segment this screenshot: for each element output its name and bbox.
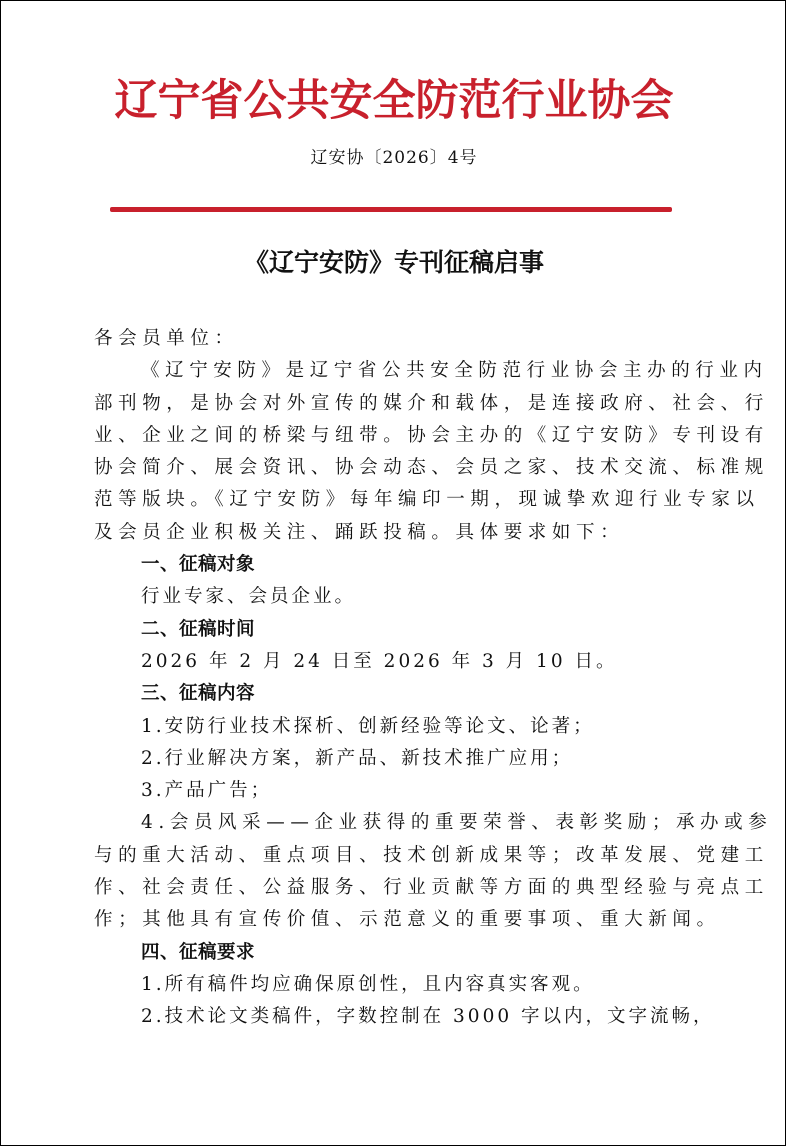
content-item-4-cont: 作、社会责任、公益服务、行业贡献等方面的典型经验与亮点工 (94, 872, 694, 904)
document-body: 各会员单位： 《辽宁安防》是辽宁省公共安全防范行业协会主办的行业内 部刊物，是协… (94, 323, 694, 1034)
intro-line: 部刊物，是协会对外宣传的媒介和载体，是连接政府、社会、行 (94, 388, 694, 420)
section-heading-content: 三、征稿内容 (94, 678, 694, 710)
content-item: 1.安防行业技术探析、创新经验等论文、论著； (94, 711, 694, 743)
salutation: 各会员单位： (94, 323, 694, 355)
requirement-item: 1.所有稿件均应确保原创性，且内容真实客观。 (94, 969, 694, 1001)
content-item: 2.行业解决方案，新产品、新技术推广应用； (94, 743, 694, 775)
intro-line: 及会员企业积极关注、踊跃投稿。具体要求如下： (94, 517, 694, 549)
section-heading-time: 二、征稿时间 (94, 614, 694, 646)
section-heading-target: 一、征稿对象 (94, 549, 694, 581)
content-item: 3.产品广告； (94, 775, 694, 807)
document-title: 《辽宁安防》专刊征稿启事 (1, 245, 786, 281)
document-number: 辽安协〔2026〕4号 (1, 146, 786, 170)
organization-letterhead: 辽宁省公共安全防范行业协会 (1, 75, 786, 127)
red-divider-rule (110, 207, 672, 212)
content-item-4-cont: 作；其他具有宣传价值、示范意义的重要事项、重大新闻。 (94, 904, 694, 936)
content-item-4: 4.会员风采——企业获得的重要荣誉、表彰奖励；承办或参 (94, 807, 694, 839)
intro-line: 业、企业之间的桥梁与纽带。协会主办的《辽宁安防》专刊设有 (94, 420, 694, 452)
requirement-item: 2.技术论文类稿件，字数控制在 3000 字以内，文字流畅， (94, 1001, 694, 1033)
document-page: 辽宁省公共安全防范行业协会 辽安协〔2026〕4号 《辽宁安防》专刊征稿启事 各… (0, 0, 786, 1146)
intro-line: 范等版块。《辽宁安防》每年编印一期，现诚挚欢迎行业专家以 (94, 484, 694, 516)
intro-line: 协会简介、展会资讯、协会动态、会员之家、技术交流、标准规 (94, 452, 694, 484)
section-text: 2026 年 2 月 24 日至 2026 年 3 月 10 日。 (94, 646, 694, 678)
section-heading-requirements: 四、征稿要求 (94, 937, 694, 969)
section-text: 行业专家、会员企业。 (94, 581, 694, 613)
content-item-4-cont: 与的重大活动、重点项目、技术创新成果等；改革发展、党建工 (94, 840, 694, 872)
intro-line: 《辽宁安防》是辽宁省公共安全防范行业协会主办的行业内 (94, 355, 694, 387)
